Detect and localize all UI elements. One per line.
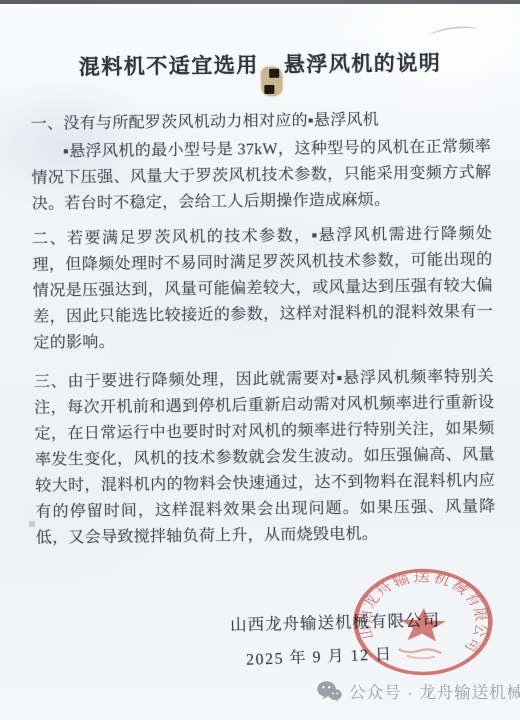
title-suffix: 悬浮风机的说明 [284,51,442,77]
seal-inner-mark-2 [406,656,435,659]
watermark: 公众号 · 龙舟输送机械 [317,679,520,703]
document-page: 混料机不适宜选用悬浮风机的说明 一、没有与所配罗茨风机动力相对应的▪悬浮风机 ▪… [30,47,496,561]
company-seal: 山西龙舟输送机械有限公司 [344,561,503,682]
photo-edge-strip [0,0,520,4]
watermark-text: 公众号 · 龙舟输送机械 [349,679,520,703]
margin-speck [29,521,35,527]
paragraph-2: 二、若要满足罗茨风机的技术参数，▪悬浮风机需进行降频处理，但降频处理时不易同时满… [32,221,494,357]
paragraph-1-heading: 一、没有与所配罗茨风机动力相对应的▪悬浮风机 [31,106,491,138]
paragraph-1-body: ▪悬浮风机的最小型号是 37kW，这种型号的风机在正常频率情况下压强、风量大于罗… [31,134,492,218]
document-title: 混料机不适宜选用悬浮风机的说明 [30,47,491,99]
pencil-smudge [429,24,478,42]
paragraph-3: 三、由于要进行降频处理，因此就需要对▪悬浮风机频率特别关注，每次开机前和遇到停机… [34,364,496,552]
wechat-icon [317,681,342,702]
title-prefix: 混料机不适宜选用 [79,53,259,79]
seal-graphic: 山西龙舟输送机械有限公司 [344,561,503,682]
redaction-mark [261,67,282,96]
star-icon [399,607,447,642]
seal-inner-mark [398,648,441,653]
document-photo: 混料机不适宜选用悬浮风机的说明 一、没有与所配罗茨风机动力相对应的▪悬浮风机 ▪… [0,0,520,720]
